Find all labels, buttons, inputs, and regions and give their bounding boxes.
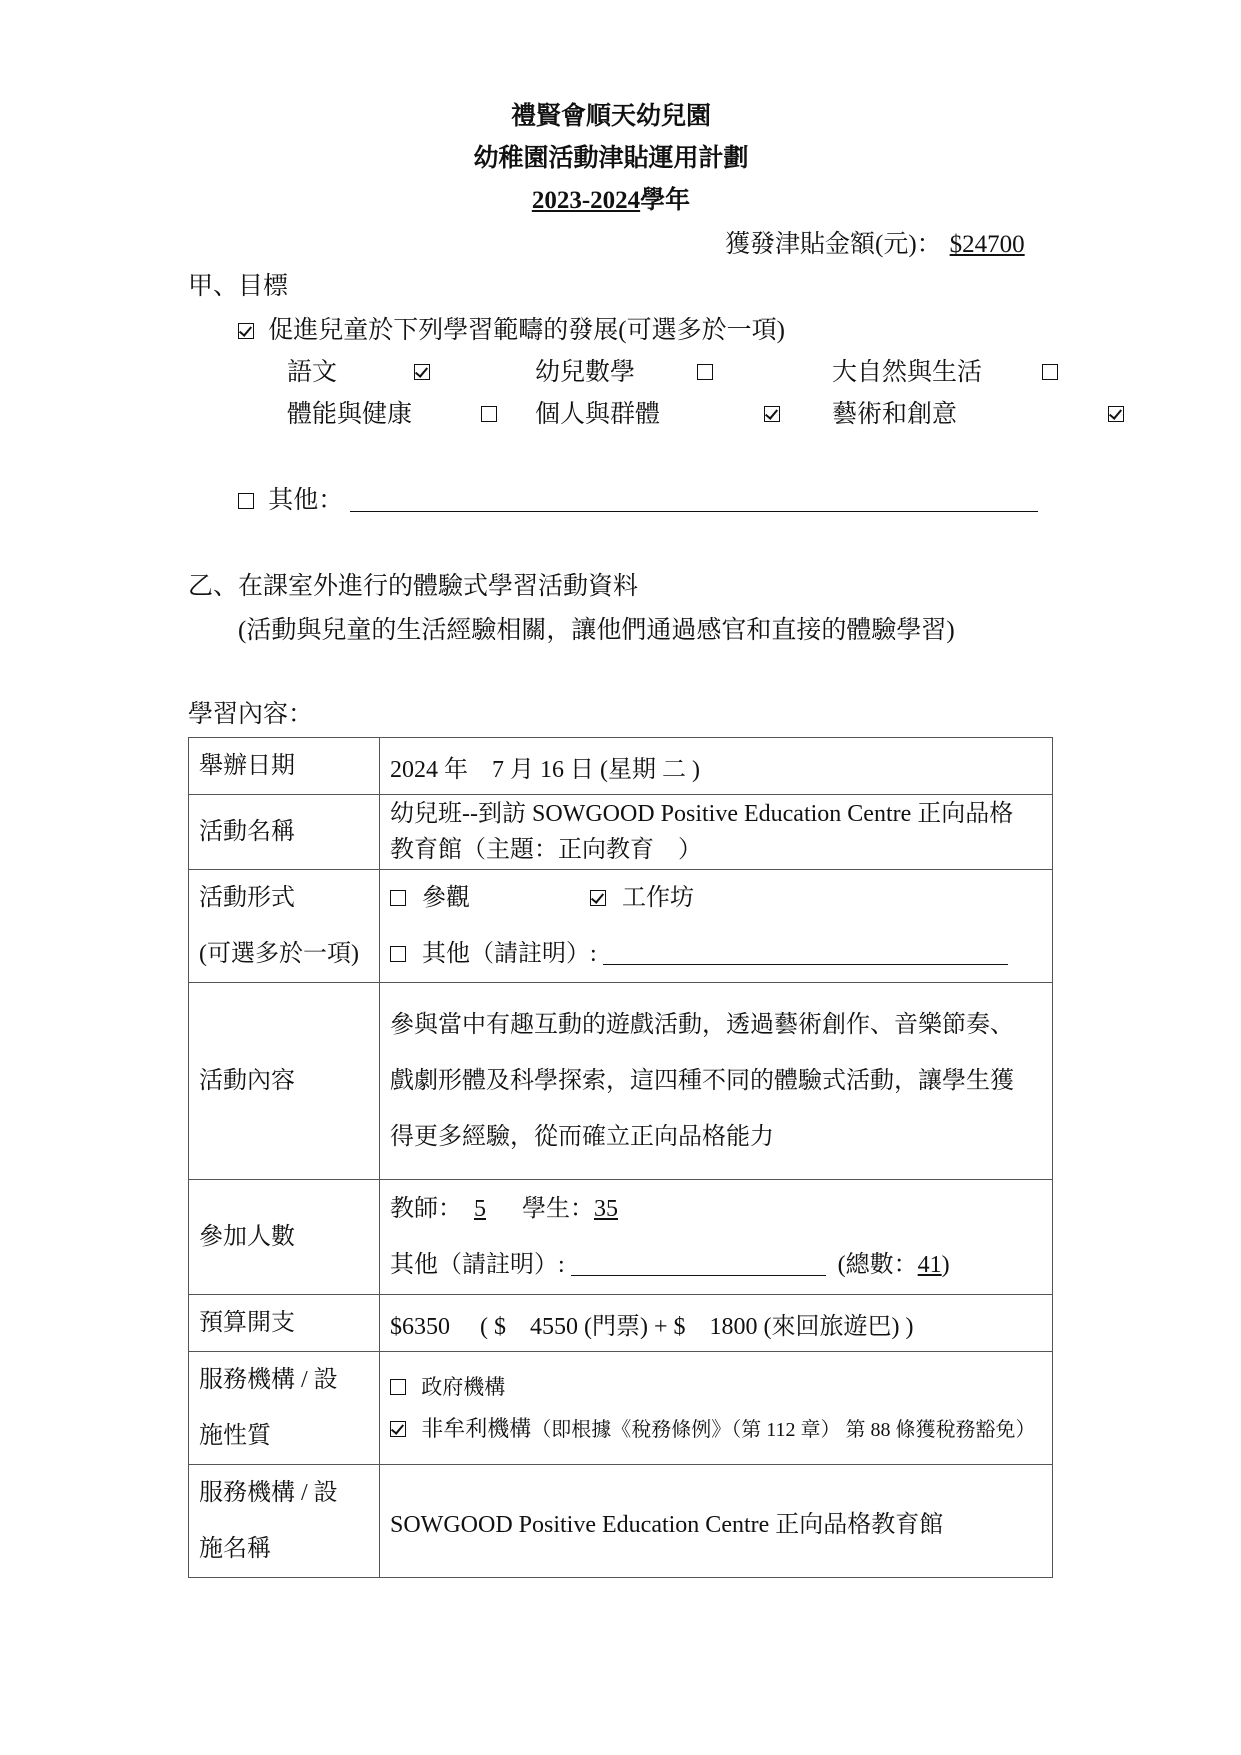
participants-row2: 其他（請註明）: (總數：41) (390, 1237, 1042, 1293)
total-close: ) (942, 1252, 950, 1278)
main-objective: 促進兒童於下列學習範疇的發展(可選多於一項) (238, 310, 785, 346)
domain-personal: 個人與群體 (535, 394, 660, 430)
format-other-input[interactable] (603, 940, 1008, 965)
budget-value: $6350 ( $ 4550 (門票) + $ 1800 (來回旅遊巴) ) (380, 1295, 1053, 1352)
org-name-label-line1: 服務機構 / 設 (199, 1465, 369, 1521)
org-nature-options: 政府機構 非牟利機構（即根據《稅務條例》（第 112 章） 第 88 條獲稅務豁… (380, 1352, 1053, 1465)
visit-label: 參觀 (422, 870, 584, 926)
activity-name-line1: 幼兒班--到訪 SOWGOOD Positive Education Centr… (390, 796, 1042, 832)
section-b-subheading: (活動與兒童的生活經驗相關，讓他們通過感官和直接的體驗學習) (238, 610, 955, 646)
other-objective: 其他： (238, 480, 1038, 516)
date-label: 舉辦日期 (189, 738, 380, 795)
domain-arts-checkbox[interactable] (1108, 406, 1124, 422)
teachers-label: 教師： (390, 1196, 462, 1222)
table-row-org-nature: 服務機構 / 設 施性質 政府機構 非牟利機構（即根據《稅務條例》（第 112 … (189, 1352, 1053, 1465)
org-nature-label-line1: 服務機構 / 設 (199, 1352, 369, 1408)
activity-table: 舉辦日期 2024 年 7 月 16 日 (星期 二 ) 活動名稱 幼兒班--到… (188, 737, 1053, 1578)
domain-math: 幼兒數學 (535, 352, 635, 388)
total-count: 41 (918, 1252, 942, 1278)
domain-physical-checkbox[interactable] (481, 406, 497, 422)
students-label: 學生： (522, 1196, 594, 1222)
plan-title: 幼稚園活動津貼運用計劃 (0, 138, 1222, 174)
activity-content-label: 活動內容 (189, 983, 380, 1180)
domain-physical: 體能與健康 (287, 394, 412, 430)
domain-label: 藝術和創意 (832, 401, 957, 428)
table-row-budget: 預算開支 $6350 ( $ 4550 (門票) + $ 1800 (來回旅遊巴… (189, 1295, 1053, 1352)
school-name: 禮賢會順天幼兒園 (0, 96, 1222, 132)
subsidy-amount-line: 獲發津貼金額(元)：$24700 (725, 224, 1045, 260)
participants-label: 參加人數 (189, 1180, 380, 1295)
main-objective-checkbox[interactable] (238, 323, 254, 339)
activity-content-line: 參與當中有趣互動的遊戲活動，透過藝術創作、音樂節奏、 (390, 997, 1042, 1053)
table-row-date: 舉辦日期 2024 年 7 月 16 日 (星期 二 ) (189, 738, 1053, 795)
nonprofit-label: 非牟利機構 (421, 1416, 531, 1441)
participants-row1: 教師： 5 學生：35 (390, 1181, 1042, 1237)
gov-org-label: 政府機構 (421, 1375, 505, 1399)
domain-language-checkbox[interactable] (414, 364, 430, 380)
domain-personal-checkbox[interactable] (764, 406, 780, 422)
format-other-checkbox[interactable] (390, 946, 406, 962)
org-name-label-line2: 施名稱 (199, 1521, 369, 1577)
activity-content-value: 參與當中有趣互動的遊戲活動，透過藝術創作、音樂節奏、 戲劇形體及科學探索，這四種… (380, 983, 1053, 1180)
activity-format-row2: 其他（請註明）: (390, 926, 1042, 982)
domain-label: 體能與健康 (287, 401, 412, 428)
domain-label: 語文 (287, 359, 337, 386)
budget-label: 預算開支 (189, 1295, 380, 1352)
participants-value: 教師： 5 學生：35 其他（請註明）: (總數：41) (380, 1180, 1053, 1295)
table-row-activity-format: 活動形式 (可選多於一項) 參觀 工作坊 其他（請註明）: (189, 870, 1053, 983)
school-year: 2023-2024學年 (0, 180, 1222, 216)
org-name-value: SOWGOOD Positive Education Centre 正向品格教育… (380, 1465, 1053, 1578)
org-name-label: 服務機構 / 設 施名稱 (189, 1465, 380, 1578)
domain-language: 語文 (287, 352, 337, 388)
other-objective-checkbox[interactable] (238, 493, 254, 509)
other-objective-label: 其他： (268, 487, 343, 514)
total-label: (總數： (838, 1252, 918, 1278)
others-label: 其他（請註明）: (390, 1252, 565, 1278)
activity-name-label: 活動名稱 (189, 795, 380, 870)
domain-label: 個人與群體 (535, 401, 660, 428)
table-row-activity-content: 活動內容 參與當中有趣互動的遊戲活動，透過藝術創作、音樂節奏、 戲劇形體及科學探… (189, 983, 1053, 1180)
workshop-checkbox[interactable] (590, 890, 606, 906)
activity-name-line2: 教育館（主題：正向教育 ） (390, 832, 1042, 868)
domain-math-checkbox[interactable] (697, 364, 713, 380)
activity-content-line: 戲劇形體及科學探索，這四種不同的體驗式活動，讓學生獲 (390, 1053, 1042, 1109)
teachers-count: 5 (474, 1196, 486, 1222)
others-input[interactable] (571, 1251, 826, 1276)
nonprofit-checkbox[interactable] (390, 1421, 406, 1437)
activity-format-label-line2: (可選多於一項) (199, 926, 369, 982)
subsidy-label: 獲發津貼金額(元)： (725, 231, 942, 258)
activity-content-line: 得更多經驗，從而確立正向品格能力 (390, 1109, 1042, 1165)
domain-label: 大自然與生活 (832, 359, 982, 386)
students-count: 35 (594, 1196, 618, 1222)
table-row-activity-name: 活動名稱 幼兒班--到訪 SOWGOOD Positive Education … (189, 795, 1053, 870)
nonprofit-option: 非牟利機構（即根據《稅務條例》（第 112 章） 第 88 條獲稅務豁免） (390, 1408, 1042, 1451)
domain-label: 幼兒數學 (535, 359, 635, 386)
subsidy-amount: $24700 (942, 231, 1045, 258)
visit-checkbox[interactable] (390, 890, 406, 906)
gov-org-option: 政府機構 (390, 1366, 1042, 1408)
activity-format-row1: 參觀 工作坊 (390, 870, 1042, 926)
section-b-heading: 乙、在課室外進行的體驗式學習活動資料 (188, 566, 638, 602)
school-year-suffix: 學年 (640, 187, 690, 214)
school-year-value: 2023-2024 (532, 187, 640, 214)
activity-format-label: 活動形式 (可選多於一項) (189, 870, 380, 983)
main-objective-label: 促進兒童於下列學習範疇的發展(可選多於一項) (268, 317, 785, 344)
section-a-heading: 甲、目標 (188, 266, 288, 302)
domain-nature: 大自然與生活 (832, 352, 982, 388)
learning-content-label: 學習內容： (188, 694, 313, 730)
org-nature-label: 服務機構 / 設 施性質 (189, 1352, 380, 1465)
nonprofit-note: （即根據《稅務條例》（第 112 章） 第 88 條獲稅務豁免） (531, 1419, 1035, 1441)
gov-org-checkbox[interactable] (390, 1379, 406, 1395)
table-row-participants: 參加人數 教師： 5 學生：35 其他（請註明）: (總數：41) (189, 1180, 1053, 1295)
other-objective-input[interactable] (350, 487, 1038, 512)
table-row-org-name: 服務機構 / 設 施名稱 SOWGOOD Positive Education … (189, 1465, 1053, 1578)
domain-nature-checkbox[interactable] (1042, 364, 1058, 380)
activity-format-label-line1: 活動形式 (199, 870, 369, 926)
org-nature-label-line2: 施性質 (199, 1408, 369, 1464)
activity-name-value: 幼兒班--到訪 SOWGOOD Positive Education Centr… (380, 795, 1053, 870)
format-other-label: 其他（請註明）: (422, 941, 597, 967)
activity-format-options: 參觀 工作坊 其他（請註明）: (380, 870, 1053, 983)
workshop-label: 工作坊 (622, 885, 694, 911)
date-value: 2024 年 7 月 16 日 (星期 二 ) (380, 738, 1053, 795)
domain-arts: 藝術和創意 (832, 394, 957, 430)
